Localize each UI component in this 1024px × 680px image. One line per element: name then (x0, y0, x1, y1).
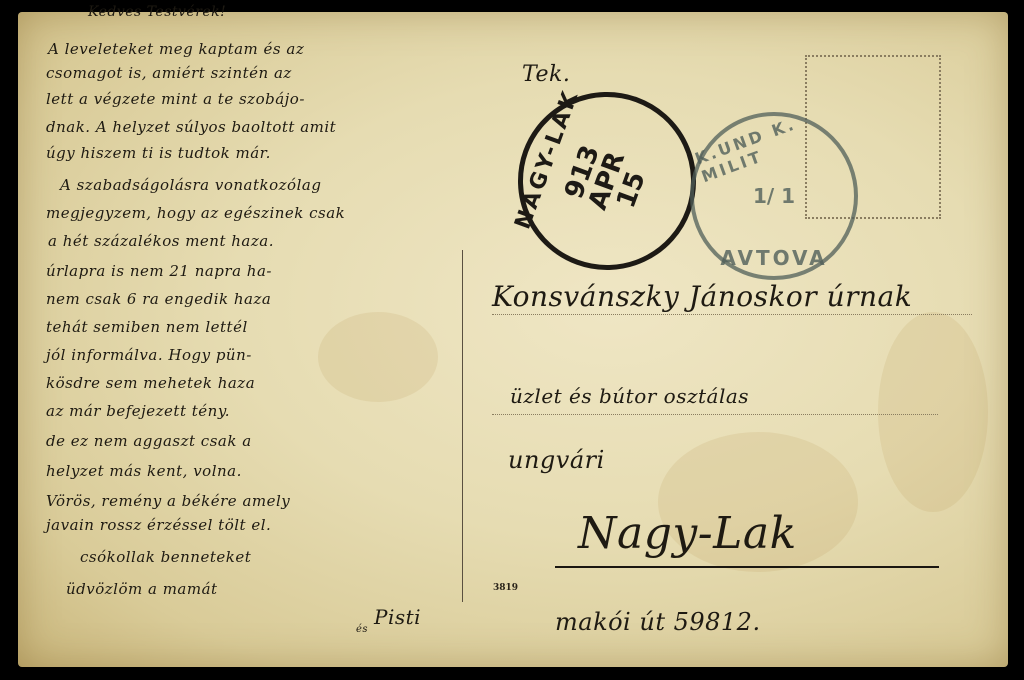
letter-line: csomagot is, amiért szintén az (46, 64, 292, 82)
letter-line: lett a végzete mint a te szobájo- (46, 90, 305, 108)
postmark-military-bottom: AVTOVA (720, 246, 827, 270)
postmark-date: 913 APR 15 (560, 140, 654, 222)
address-line2: üzlet és bútor osztálas (510, 384, 749, 408)
letter-line: úgy hiszem ti is tudtok már. (46, 144, 271, 162)
letter-line: az már befejezett tény. (46, 402, 230, 420)
paper-stain (318, 312, 438, 402)
letter-line: csókollak benneteket (80, 548, 251, 566)
address-salutation: Tek. (522, 62, 570, 87)
letter-line: tehát semiben nem lettél (46, 318, 248, 336)
signature: Pisti (374, 605, 421, 629)
letter-line: üdvözlöm a mamát (66, 580, 218, 598)
address-street: makói út 59812. (555, 608, 761, 636)
postmark-military: K.UND K. MILIT 1/ 1 AVTOVA (690, 112, 858, 280)
letter-line: a hét százalékos ment haza. (48, 232, 274, 250)
address-city: Nagy-Lak (578, 508, 797, 559)
letter-line: A szabadságolásra vonatkozólag (60, 176, 321, 194)
letter-line: A leveleteket meg kaptam és az (48, 40, 304, 58)
center-divider-line (462, 250, 463, 602)
letter-line: Vörös, remény a békére amely (46, 492, 290, 510)
address-name: Konsvánszky Jánoskor úrnak (492, 280, 912, 313)
letter-greeting: Kedves Testvérek! (88, 4, 226, 20)
address-line3: ungvári (508, 446, 605, 474)
letter-line: dnak. A helyzet súlyos baoltott amit (46, 118, 336, 136)
address-line-2 (492, 414, 938, 415)
paper-stain (878, 312, 988, 512)
address-city-underline (555, 566, 939, 568)
letter-line: úrlapra is nem 21 napra ha- (46, 262, 272, 280)
letter-line: jól informálva. Hogy pün- (46, 346, 252, 364)
print-number: 3819 (493, 583, 518, 593)
letter-line: megjegyzem, hogy az egészinek csak (46, 204, 345, 222)
letter-line: de ez nem aggaszt csak a (46, 432, 252, 450)
letter-line: helyzet más kent, volna. (46, 462, 242, 480)
letter-line: kösdre sem mehetek haza (46, 374, 255, 392)
letter-line: javain rossz érzéssel tölt el. (46, 516, 271, 534)
postmark-military-center: 1/ 1 (753, 183, 795, 209)
letter-line: nem csak 6 ra engedik haza (46, 290, 271, 308)
address-line-1 (492, 314, 972, 315)
signature-prefix: és (356, 624, 368, 635)
